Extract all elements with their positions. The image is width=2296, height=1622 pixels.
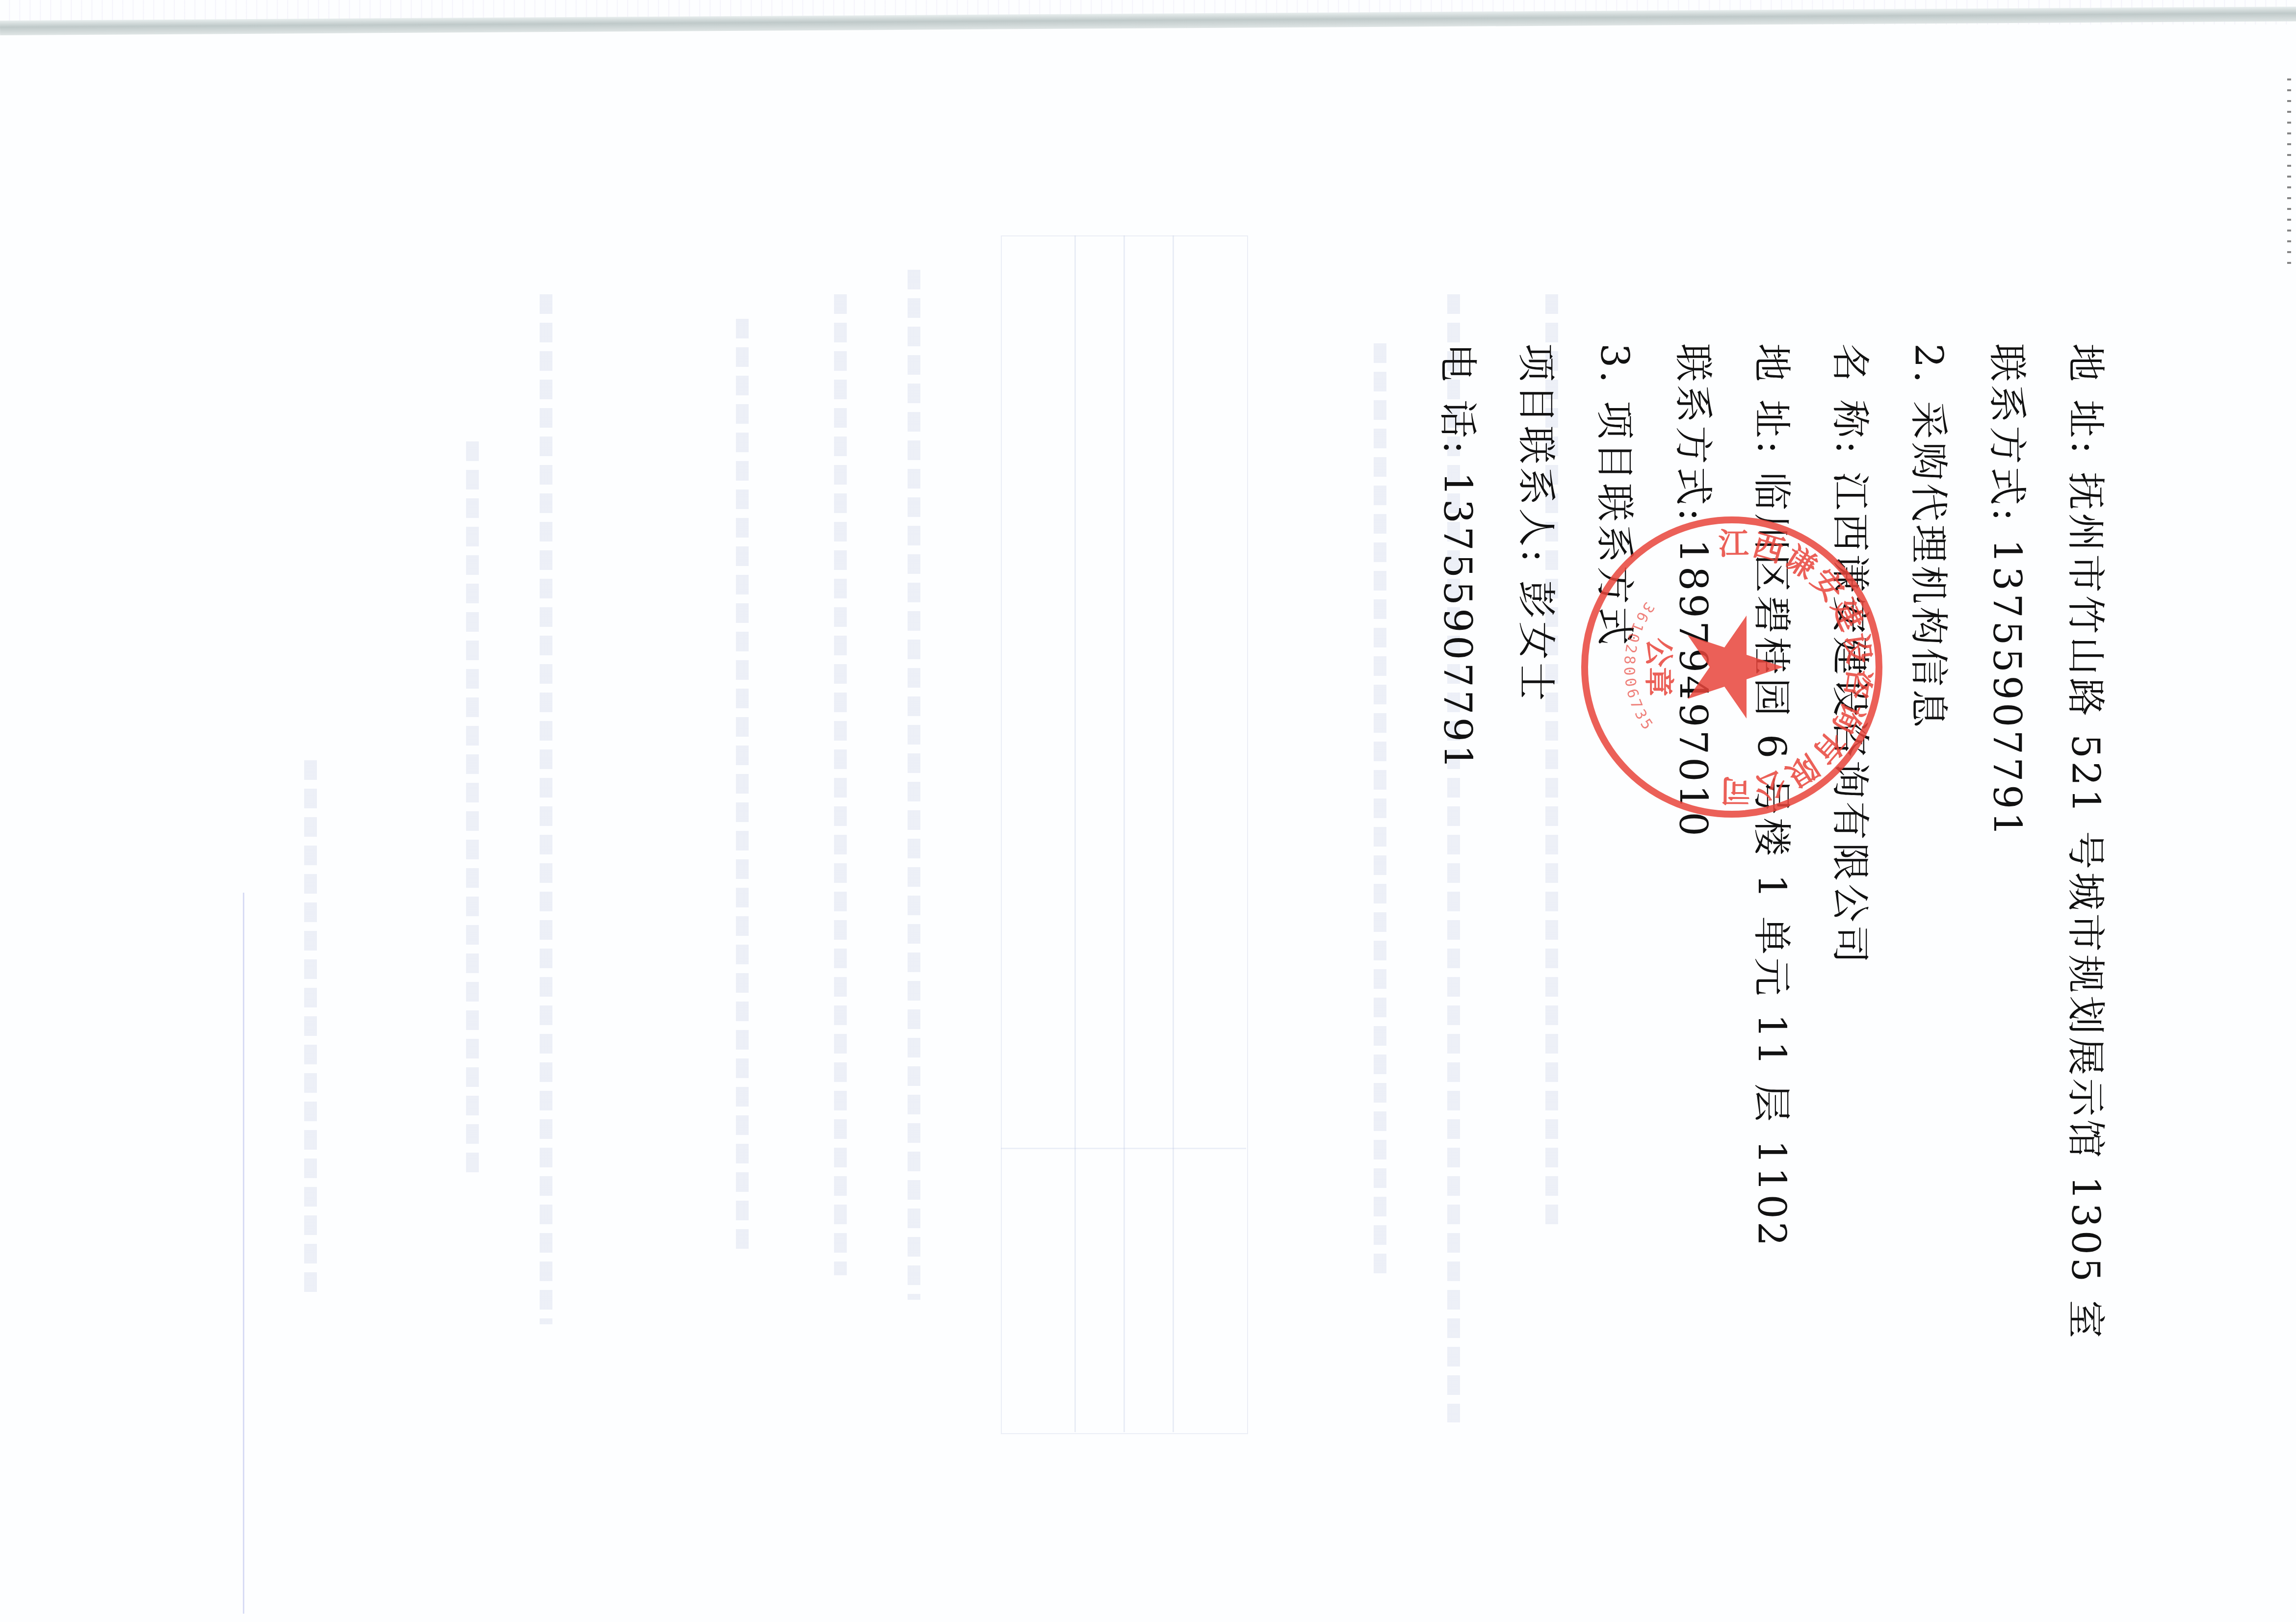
- agency-address: 临川区碧桂园 6 号楼 1 单元 11 层 1102: [1749, 472, 1793, 1249]
- project-contact-person-line: 项目联系人: 彭女士: [1496, 343, 1575, 1177]
- ghost-text: [540, 294, 552, 1324]
- project-contact-person: 彭女士: [1513, 580, 1558, 704]
- agency-address-line: 地 址: 临川区碧桂园 6 号楼 1 单元 11 层 1102: [1732, 343, 1810, 1177]
- label: 联系方式:: [1967, 343, 2046, 524]
- owner-address: 抚州市竹山路 521 号城市规划展示馆 1305 室: [2063, 472, 2107, 1341]
- label: 电 话:: [1418, 343, 1496, 457]
- agency-name: 江西谦安建设咨询有限公司: [1827, 472, 1872, 966]
- ghost-line: [1173, 235, 1174, 1432]
- project-phone-line: 电 话: 13755907791: [1418, 343, 1496, 1177]
- label: 名 称:: [1810, 343, 1889, 457]
- ghost-text: [1374, 343, 1386, 1275]
- section-title: 3. 项目联系方式: [1592, 343, 1636, 648]
- section-heading-project-contact: 3. 项目联系方式: [1575, 343, 1653, 1177]
- agency-contact-line: 联系方式: 18979497010: [1653, 343, 1732, 1177]
- label: 项目联系人:: [1496, 343, 1575, 565]
- label: 联系方式:: [1653, 343, 1732, 524]
- agency-name-line: 名 称: 江西谦安建设咨询有限公司: [1810, 343, 1889, 1177]
- label: 地 址:: [1732, 343, 1810, 457]
- ghost-text: [736, 319, 749, 1251]
- ghost-text: [834, 294, 847, 1275]
- ghost-text: [908, 270, 920, 1300]
- agency-phone: 18979497010: [1670, 539, 1715, 839]
- owner-address-line: 地 址: 抚州市竹山路 521 号城市规划展示馆 1305 室: [2046, 343, 2124, 1177]
- section-heading-agency: 2. 采购代理机构信息: [1889, 343, 1967, 1177]
- ghost-text: [304, 760, 317, 1300]
- document-content: 地 址: 抚州市竹山路 521 号城市规划展示馆 1305 室 联系方式: 13…: [1418, 343, 2124, 1177]
- ghost-text: [466, 441, 479, 1177]
- ghost-line: [1123, 235, 1125, 1432]
- project-phone: 13755907791: [1435, 472, 1479, 772]
- section-title: 2. 采购代理机构信息: [1906, 343, 1950, 730]
- ghost-line: [243, 893, 244, 1614]
- label: 地 址:: [2046, 343, 2124, 457]
- scan-noise: [2287, 78, 2291, 265]
- owner-contact-line: 联系方式: 13755907791: [1967, 343, 2046, 1177]
- ghost-line: [1001, 1148, 1246, 1149]
- owner-phone: 13755907791: [1984, 539, 2029, 839]
- ghost-line: [1074, 235, 1076, 1432]
